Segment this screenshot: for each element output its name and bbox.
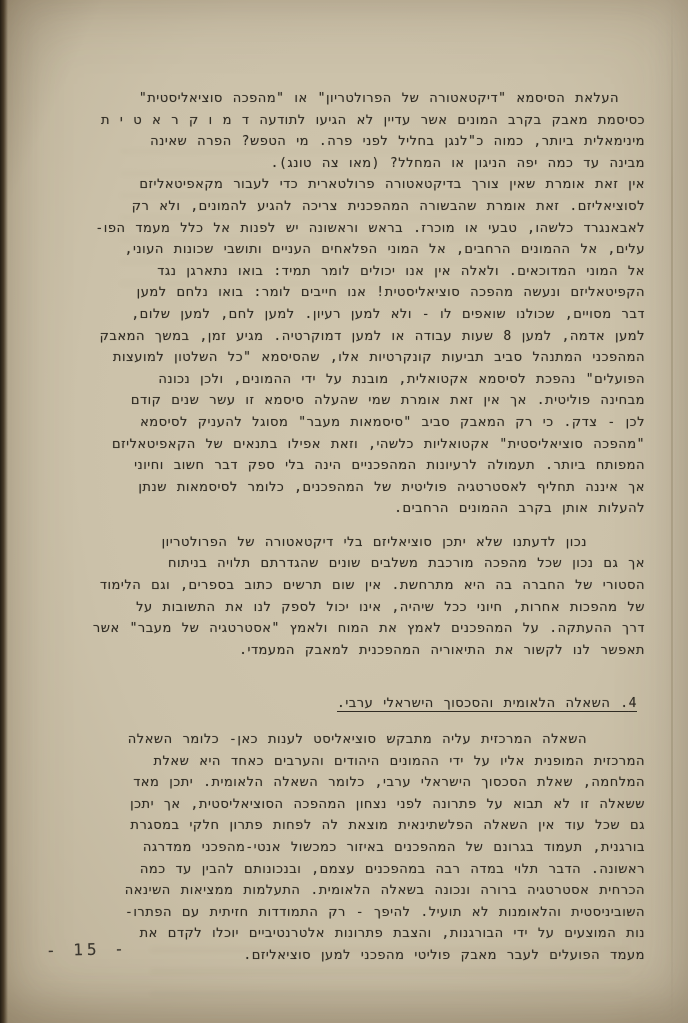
section-heading-national-question: 4. השאלה הלאומית והסכסוך הישראלי ערבי. [83, 693, 645, 715]
text-line: מעמד הפועלים לעבר מאבק פוליטי מהפכני למע… [83, 945, 645, 967]
page-binding-edge [0, 0, 8, 1023]
typewritten-text-block: העלאת הסיסמא "דיקטאטורה של הפרולטריון" א… [83, 88, 645, 967]
text-line: למען אדמה, למען 8 שעות עבודה או למען דמו… [83, 326, 645, 348]
text-line: הפועלים" נהפכת לסיסמא אקטואלית, מובנת על… [83, 369, 645, 391]
text-line: המהפכני המתנהל סביב תביעות קונקרטיות אלו… [83, 347, 645, 369]
text-line: תאפשר לנו לקשור את התיאוריה המהפכנית למא… [83, 640, 645, 662]
text-line: להעלות אותן בקרב ההמונים הרחבים. [83, 498, 645, 520]
text-line: של מהפכות אחרות, חיוני ככל שיהיה, אינו י… [83, 597, 645, 619]
text-line: דבר מסויים, שכולנו שואפים לו - ולא למען … [83, 304, 645, 326]
text-line: לסוציאליזם. זאת אומרת שהבשורה המהפכנית צ… [83, 196, 645, 218]
text-line: הכרחית אסטרטגיה ברורה ונכונה בשאלה הלאומ… [83, 880, 645, 902]
text-line: המפותח ביותר. תעמולה לרעיונות המהפכניים … [83, 455, 645, 477]
text-line: ראשונה. הדבר תלוי במדה רבה במהפכנים עצמם… [83, 859, 645, 881]
text-line: המלחמה, שאלת הסכסוך הישראלי ערבי, כלומר … [83, 772, 645, 794]
text-line: בורגנית, תעמוד בגרונם של המהפכנים באיזור… [83, 837, 645, 859]
text-line: גם שכל עוד אין השאלה הפלשתינאית מוצאת לה… [83, 815, 645, 837]
text-line: העלאת הסיסמא "דיקטאטורה של הפרולטריון" א… [83, 88, 645, 110]
scanned-document-page: העלאת הסיסמא "דיקטאטורה של הפרולטריון" א… [0, 0, 688, 1023]
paragraph-israeli-arab-conflict: השאלה המרכזית עליה מתבקש סוציאליסט לענות… [83, 729, 645, 967]
text-line: מבינה עד כמה יפה הניגון או המחלל? (מאו צ… [83, 153, 645, 175]
text-line: אך גם נכון שכל מהפכה מורכבת משלבים שונים… [83, 553, 645, 575]
paragraph-slogans: העלאת הסיסמא "דיקטאטורה של הפרולטריון" א… [83, 88, 645, 520]
text-line: אין זאת אומרת שאין צורך בדיקטאטורה פרולט… [83, 174, 645, 196]
paragraph-dictatorship-of-proletariat: נכון לדעתנו שלא יתכן סוציאליזם בלי דיקטא… [83, 532, 645, 662]
text-line: כסיסמת מאבק בקרב המונים אשר עדיין לא הגי… [83, 110, 645, 132]
text-line: הקפיטאליזם ונעשה מהפכה סוציאליסטית! אנו … [83, 282, 645, 304]
text-line: המרכזית המופנית אליו על ידי ההמונים היהו… [83, 751, 645, 773]
paper-crease [671, 0, 673, 1023]
text-line: נות המוצעים על ידי הבורגנות, והצבת פתרונ… [83, 923, 645, 945]
text-line: לכן - צדק. כי רק המאבק סביב "סיסמאות מעב… [83, 412, 645, 434]
text-line: עלים, אל ההמונים הרחבים, אל המוני הפלאחי… [83, 239, 645, 261]
text-line: נכון לדעתנו שלא יתכן סוציאליזם בלי דיקטא… [83, 532, 645, 554]
text-line: לאבאנגרד כלשהו, טבעי או מוכרז. בראש וראש… [83, 218, 645, 240]
text-line: הסטורי של החברה בה היא מתרחשת. אין שום ת… [83, 575, 645, 597]
text-line: אך איננה תחליף לאסטרטגיה פוליטית של המהפ… [83, 477, 645, 499]
text-line: אל המוני המדוכאים. ולאלה אין אנו יכולים … [83, 261, 645, 283]
text-line: השוביניסטית והלאומנות לא תועיל. להיפך - … [83, 902, 645, 924]
text-line: ששאלה זו לא תבוא על פתרונה לפני נצחון המ… [83, 794, 645, 816]
text-line: מבחינה פוליטית. אך אין זאת אומרת שמי שהע… [83, 390, 645, 412]
text-line: "מהפכה סוציאליסטית" אקטואליות כלשהי, וזא… [83, 434, 645, 456]
text-line: השאלה המרכזית עליה מתבקש סוציאליסט לענות… [83, 729, 645, 751]
text-line: מינימאלית ביותר, כמוה כ"לנגן בחליל לפני … [83, 131, 645, 153]
handwritten-page-number: - 15 - [46, 939, 128, 960]
text-line: דרך ההעתקה. על המהפכנים לאמץ את המוח ולא… [83, 618, 645, 640]
